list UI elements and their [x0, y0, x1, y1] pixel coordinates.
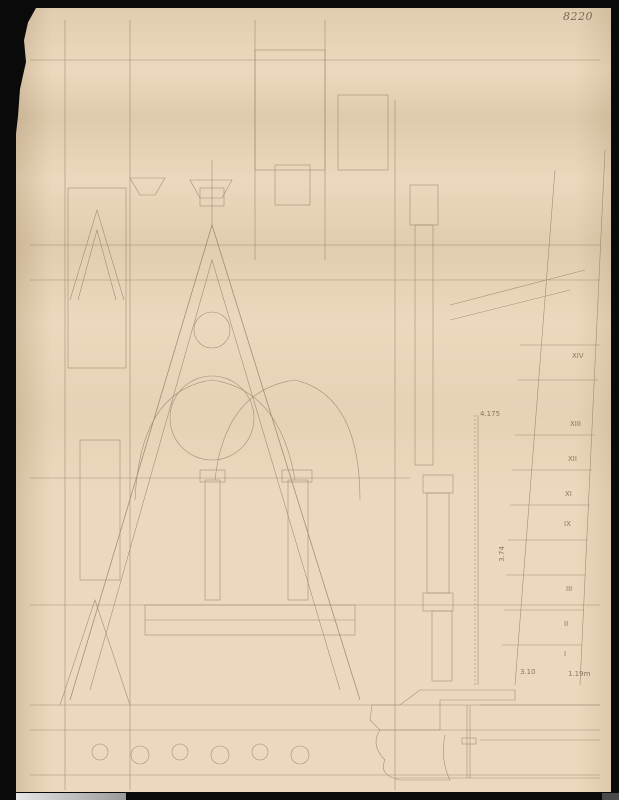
course-numeral: III — [566, 585, 572, 593]
dimension-label: 4.175 — [480, 410, 500, 418]
drawing-linework — [0, 0, 619, 800]
course-numeral: II — [564, 620, 568, 628]
course-numeral: XIV — [572, 352, 584, 360]
course-numeral: XI — [565, 490, 572, 498]
scan-edge-strip — [16, 793, 126, 800]
catalogue-number: 8220 — [563, 10, 593, 23]
course-numeral: IX — [564, 520, 571, 528]
dimension-label: 3.10 — [520, 668, 536, 676]
scan-edge-strip — [602, 793, 619, 800]
course-numeral: I — [564, 650, 566, 658]
course-numeral: XII — [568, 455, 577, 463]
dimension-label: 1.19m — [568, 670, 590, 678]
dimension-label: 3.74 — [498, 546, 506, 562]
course-numeral: XIII — [570, 420, 581, 428]
